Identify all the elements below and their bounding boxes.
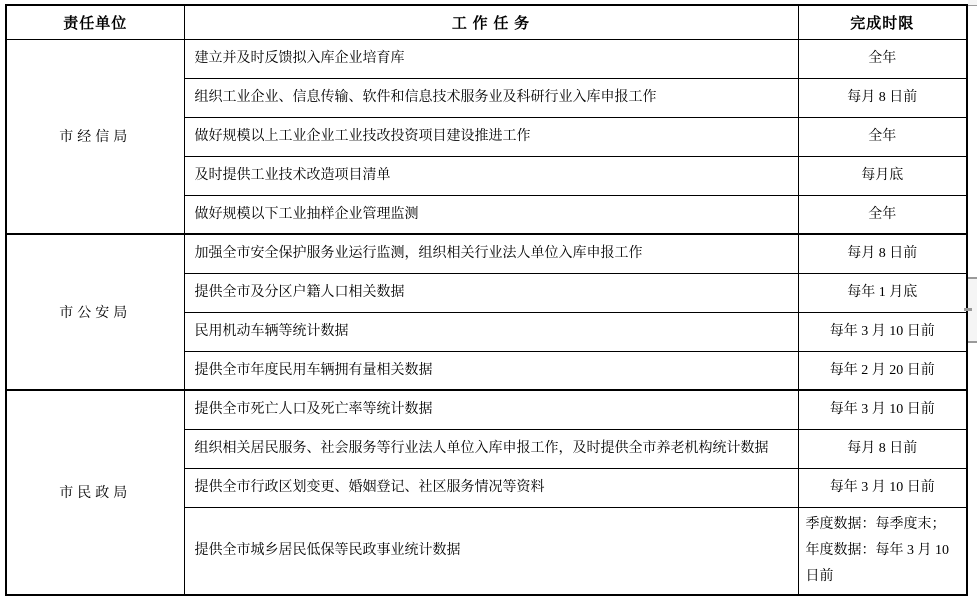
scrollbar-thumb-fragment[interactable] [968,277,977,343]
deadline-cell: 每年 3 月 10 日前 [798,468,967,507]
task-cell: 提供全市死亡人口及死亡率等统计数据 [184,390,798,429]
deadline-cell: 每年 2 月 20 日前 [798,351,967,390]
unit-cell: 市经信局 [6,39,184,234]
deadline-cell: 每年 1 月底 [798,273,967,312]
task-cell: 组织工业企业、信息传输、软件和信息技术服务业及科研行业入库申报工作 [184,78,798,117]
scrollbar-mark-bottom [968,341,977,343]
task-cell: 建立并及时反馈拟入库企业培育库 [184,39,798,78]
deadline-cell: 季度数据：每季度末；年度数据：每年 3 月 10 日前 [798,507,967,595]
unit-cell: 市民政局 [6,390,184,595]
scrollbar-mark-middle [964,308,972,311]
deadline-cell: 每年 3 月 10 日前 [798,390,967,429]
scrollbar-mark-top [968,277,977,279]
deadline-cell: 每月底 [798,156,967,195]
table-row: 市民政局提供全市死亡人口及死亡率等统计数据每年 3 月 10 日前 [6,390,967,429]
task-cell: 及时提供工业技术改造项目清单 [184,156,798,195]
task-table: 责任单位 工 作 任 务 完成时限 市经信局建立并及时反馈拟入库企业培育库全年组… [5,4,968,596]
task-cell: 组织相关居民服务、社会服务等行业法人单位入库申报工作，及时提供全市养老机构统计数… [184,429,798,468]
task-cell: 提供全市及分区户籍人口相关数据 [184,273,798,312]
task-cell: 做好规模以下工业抽样企业管理监测 [184,195,798,234]
table-row: 市经信局建立并及时反馈拟入库企业培育库全年 [6,39,967,78]
deadline-cell: 每月 8 日前 [798,78,967,117]
unit-cell: 市公安局 [6,234,184,390]
task-cell: 民用机动车辆等统计数据 [184,312,798,351]
task-cell: 提供全市行政区划变更、婚姻登记、社区服务情况等资料 [184,468,798,507]
deadline-cell: 全年 [798,117,967,156]
header-deadline: 完成时限 [798,5,967,39]
task-cell: 提供全市年度民用车辆拥有量相关数据 [184,351,798,390]
header-task: 工 作 任 务 [184,5,798,39]
deadline-cell: 每月 8 日前 [798,234,967,273]
table-row: 市公安局加强全市安全保护服务业运行监测，组织相关行业法人单位入库申报工作每月 8… [6,234,967,273]
task-cell: 提供全市城乡居民低保等民政事业统计数据 [184,507,798,595]
deadline-cell: 每年 3 月 10 日前 [798,312,967,351]
scrollbar-corner-fragment[interactable] [968,0,977,6]
deadline-cell: 全年 [798,39,967,78]
task-cell: 做好规模以上工业企业工业技改投资项目建设推进工作 [184,117,798,156]
task-cell: 加强全市安全保护服务业运行监测，组织相关行业法人单位入库申报工作 [184,234,798,273]
header-unit: 责任单位 [6,5,184,39]
deadline-cell: 每月 8 日前 [798,429,967,468]
header-row: 责任单位 工 作 任 务 完成时限 [6,5,967,39]
deadline-cell: 全年 [798,195,967,234]
document-page: 责任单位 工 作 任 务 完成时限 市经信局建立并及时反馈拟入库企业培育库全年组… [0,0,977,600]
